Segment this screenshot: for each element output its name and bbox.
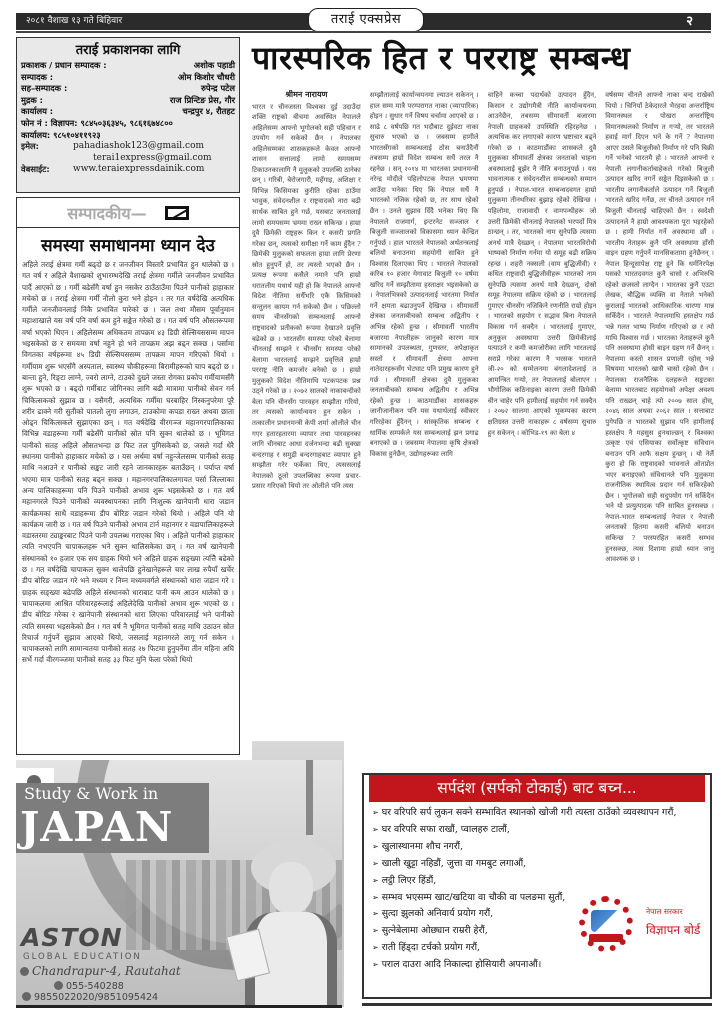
nepal-government-emblem-icon: [579, 896, 633, 952]
imprint-row: सम्पादक :ओम किशोर चौधरी: [21, 72, 235, 84]
ad-brand: ASTON: [21, 923, 123, 952]
arrow-bullet-icon: ➢: [372, 842, 379, 851]
article-column-2: सम्झौतालाई कार्यान्वयनमा ल्याउन सकेनन् ।…: [370, 90, 479, 740]
arrow-bullet-icon: ➢: [372, 808, 379, 817]
ad-brand-sub: GLOBAL EDUCATION: [23, 952, 142, 962]
imprint-row: मुद्रक :राज प्रिन्टिङ प्रेस, गौर: [21, 95, 235, 107]
notice-item: ➢घर वरिपरि सफा राखौं, प्वालहरु टालौं,: [372, 822, 702, 839]
location-pin-icon: [20, 967, 29, 976]
editorial-box: सम्पादकीय— समस्या समाधानमा ध्यान देउ अहि…: [16, 197, 240, 755]
imprint-label: सह–सम्पादक :: [21, 83, 67, 95]
imprint-label: सम्पादक :: [21, 72, 53, 84]
ad-country: JAPAN: [20, 803, 173, 851]
ad-phone: 055-540288: [54, 981, 124, 992]
japan-study-ad[interactable]: Study & Work in JAPAN ASTON GLOBAL EDUCA…: [16, 760, 342, 1006]
imprint-value: ओम किशोर चौधरी: [178, 72, 235, 84]
gov-label: नेपाल सरकार: [646, 907, 683, 917]
imprint-label: प्रकाशक / प्रधान सम्पादक :: [21, 60, 107, 72]
notice-bottom-rule: [362, 1003, 712, 1006]
ad-tagline: Study & Work in: [24, 784, 158, 803]
masthead: तराई एक्सप्रेस: [308, 8, 424, 32]
article-byline: श्रीमन नारायण: [252, 90, 361, 101]
pen-writing-icon: [165, 206, 189, 220]
imprint-row: सह–सम्पादक :रुपेन्द्र पटेल: [21, 83, 235, 95]
imprint-phone: फोन नं : विज्ञापन: ९८४५०३६३४५, ९८६१६७४८०…: [21, 118, 235, 130]
imprint-value: चन्द्रपुर ४, रौतहट: [183, 106, 235, 118]
tower-image: [306, 760, 313, 835]
ad-brand-logo: ASTON: [21, 923, 123, 952]
editorial-body: अहिले तराई क्षेत्रमा गर्मी बढ्दो छ र जनज…: [17, 259, 239, 666]
article-column-1: श्रीमन नारायण भारत र चीनजस्ता विश्वका दु…: [252, 90, 361, 740]
editorial-header: सम्पादकीय—: [17, 198, 239, 228]
notice-item: ➢खुलास्थानमा शौच नगरौं,: [372, 839, 702, 856]
imprint-email: इमेल:pahadiashok123@gmail.com: [21, 141, 235, 153]
arrow-bullet-icon: ➢: [372, 960, 379, 969]
student-photo: [231, 840, 341, 1006]
imprint-value: रुपेन्द्र पटेल: [201, 83, 235, 95]
editorial-kicker: सम्पादकीय—: [67, 202, 146, 224]
email-link-2[interactable]: terai1express@gmail.com: [21, 153, 235, 164]
website-label: वेबसाईट:: [21, 164, 73, 176]
notice-item: ➢पराल दाउरा आदि निकाल्दा होसियारी अपनाऔं…: [372, 957, 702, 974]
arrow-bullet-icon: ➢: [372, 943, 379, 952]
arrow-bullet-icon: ➢: [372, 825, 379, 834]
article-text: चाहिने कच्चा पदार्थको उत्पादन हुँदैन, कि…: [488, 90, 597, 438]
imprint-office-phone: कार्यालय: ९८५१०४११९२३: [21, 130, 235, 142]
date-bar: २०८१ वैशाख १३ गते बिहिवार: [16, 13, 350, 30]
notice-list: ➢घर वरिपरि सर्प लुकन सक्ने सम्भावित स्था…: [364, 802, 710, 974]
mobile-text: 9855022020/9851095424: [34, 992, 158, 1003]
article-text: वर्षसम्म चीनले आफ्नो नाका बन्द राखेको थि…: [605, 90, 714, 565]
imprint-label: मुद्रक :: [21, 95, 43, 107]
imprint-row: प्रकाशक / प्रधान सम्पादक :अशोक पहाडी: [21, 60, 235, 72]
article-text: भारत र चीनजस्ता विश्वका दुई उदाउँदा शक्त…: [252, 102, 361, 492]
phone-icon: [54, 981, 63, 990]
imprint-website: वेबसाईट:www.teraiexpressdainik.com: [21, 164, 235, 176]
article-headline: पारस्परिक हित र परराष्ट्र सम्बन्ध: [252, 36, 714, 79]
address-text: Chandrapur-4, Rautahat: [32, 964, 181, 978]
arrow-bullet-icon: ➢: [372, 859, 379, 868]
page-number: २: [420, 13, 711, 30]
arrow-bullet-icon: ➢: [372, 876, 379, 885]
article-columns: श्रीमन नारायण भारत र चीनजस्ता विश्वका दु…: [252, 90, 714, 740]
notice-title: सर्पदंश (सर्पको टोकाई) बाट बच्न...: [369, 775, 705, 802]
arrow-bullet-icon: ➢: [372, 909, 379, 918]
phone-text: 055-540288: [66, 981, 124, 992]
imprint-value: अशोक पहाडी: [194, 60, 235, 72]
notice-item: ➢घर वरिपरि सर्प लुकन सक्ने सम्भावित स्था…: [372, 805, 702, 822]
imprint-value: राज प्रिन्टिङ प्रेस, गौर: [170, 95, 235, 107]
imprint-row: कार्यालय :चन्द्रपुर ४, रौतहट: [21, 106, 235, 118]
email-label: इमेल:: [21, 141, 73, 153]
snakebite-notice: सर्पदंश (सर्पको टोकाई) बाट बच्न... ➢घर व…: [362, 773, 712, 999]
notice-item: ➢राती हिंड्दा टर्चको प्रयोग गरौं,: [372, 940, 702, 957]
header-rule: [16, 31, 711, 33]
email-link-1[interactable]: pahadiashok123@gmail.com: [73, 141, 204, 153]
mobile-icon: [22, 992, 31, 1001]
imprint-title: तराई प्रकाशनका लागि: [21, 40, 235, 58]
notice-item: ➢लट्ठी लिएर हिंडौं,: [372, 873, 702, 890]
notice-item: ➢सम्भव भएसम्म खाट/खटिया वा चौकी वा पलङमा…: [372, 890, 702, 907]
ad-banner: Study & Work in JAPAN: [16, 783, 209, 853]
notice-item: ➢खाली खुट्टा नहिडौं, जुत्ता वा गमबुट लगा…: [372, 856, 702, 873]
article-text: सम्झौतालाई कार्यान्वयनमा ल्याउन सकेनन् ।…: [370, 90, 479, 459]
arrow-bullet-icon: ➢: [372, 926, 379, 935]
imprint-label: कार्यालय :: [21, 106, 53, 118]
advertising-board-label: विज्ञापन बोर्ड: [646, 921, 700, 938]
article-column-4: वर्षसम्म चीनले आफ्नो नाका बन्द राखेको थि…: [605, 90, 714, 740]
article-column-3: चाहिने कच्चा पदार्थको उत्पादन हुँदैन, कि…: [488, 90, 597, 740]
ad-mobile: 9855022020/9851095424: [22, 992, 158, 1003]
arrow-bullet-icon: ➢: [372, 893, 379, 902]
ad-bottom-rule: [16, 1005, 342, 1008]
editorial-title: समस्या समाधानमा ध्यान देउ: [17, 233, 239, 256]
ad-address: Chandrapur-4, Rautahat: [20, 964, 181, 978]
imprint-box: तराई प्रकाशनका लागि प्रकाशक / प्रधान सम्…: [16, 37, 240, 193]
website-link[interactable]: www.teraiexpressdainik.com: [73, 164, 204, 176]
